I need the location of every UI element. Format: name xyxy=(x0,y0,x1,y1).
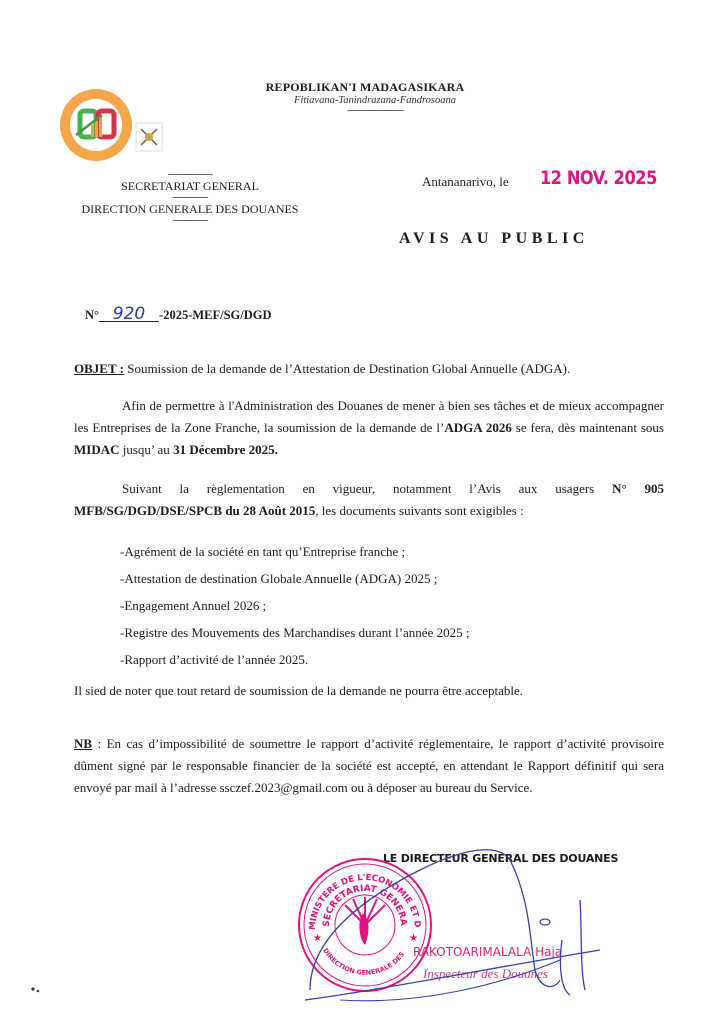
required-documents-list: -Agrément de la société en tant qu’Entre… xyxy=(120,538,469,673)
paragraph-intro: Afin de permettre à l'Administration des… xyxy=(74,395,664,461)
header-divider: ------------------------ xyxy=(310,105,440,116)
handwritten-signature xyxy=(300,840,620,1010)
objet-text: Soumission de la demande de l’Attestatio… xyxy=(124,361,570,376)
ministry-logo xyxy=(58,85,178,165)
list-item: -Attestation de destination Globale Annu… xyxy=(120,565,469,592)
paragraph-deadline-note: Il sied de noter que tout retard de soum… xyxy=(74,680,664,702)
divider: ------------------- xyxy=(70,170,310,179)
direction-label: DIRECTION GENERALE DES DOUANES xyxy=(70,202,310,216)
nb-label: NB xyxy=(74,736,92,751)
city-label: Antananarivo, le xyxy=(422,174,509,190)
document-title: AVIS AU PUBLIC xyxy=(399,230,589,248)
objet-line: OBJET : Soumission de la demande de l’At… xyxy=(74,358,664,380)
list-item: -Registre des Mouvements des Marchandise… xyxy=(120,619,469,646)
nb-paragraph: NB : En cas d’impossibilité de soumettre… xyxy=(74,733,664,799)
paragraph-regulation: Suivant la règlementation en vigueur, no… xyxy=(74,478,664,522)
reference-number: N°920-2025-MEF/SG/DGD xyxy=(85,307,272,323)
list-item: -Agrément de la société en tant qu’Entre… xyxy=(120,538,469,565)
objet-label: OBJET : xyxy=(74,361,124,376)
bold-text: 31 Décembre 2025. xyxy=(173,442,278,457)
ref-prefix: N° xyxy=(85,308,99,322)
text: , les documents suivants sont exigibles … xyxy=(315,503,523,518)
date-stamp: 12 NOV. 2025 xyxy=(540,167,657,189)
divider: --------------- xyxy=(70,216,310,225)
text: jusqu’ au xyxy=(120,442,174,457)
email-address: ssczef.2023@gmail.com xyxy=(219,780,347,795)
issuer-block: ------------------- SECRETARIAT GENERAL … xyxy=(70,170,310,225)
secretariat-label: SECRETARIAT GENERAL xyxy=(70,179,310,193)
ref-suffix: -2025-MEF/SG/DGD xyxy=(159,308,272,322)
republic-title: REPOBLIKAN'I MADAGASIKARA xyxy=(255,80,475,95)
bold-text: ADGA 2026 xyxy=(444,420,512,435)
text: Suivant la règlementation en vigueur, no… xyxy=(122,481,612,496)
ref-handwritten-number: 920 xyxy=(99,307,159,322)
text: ou à déposer au bureau du Service. xyxy=(348,780,533,795)
scan-speck xyxy=(30,985,42,995)
divider: --------------- xyxy=(70,193,310,202)
bold-text: MIDAC xyxy=(74,442,120,457)
list-item: -Engagement Annuel 2026 ; xyxy=(120,592,469,619)
list-item: -Rapport d’activité de l’année 2025. xyxy=(120,646,469,673)
text: se fera, dès maintenant sous xyxy=(512,420,664,435)
